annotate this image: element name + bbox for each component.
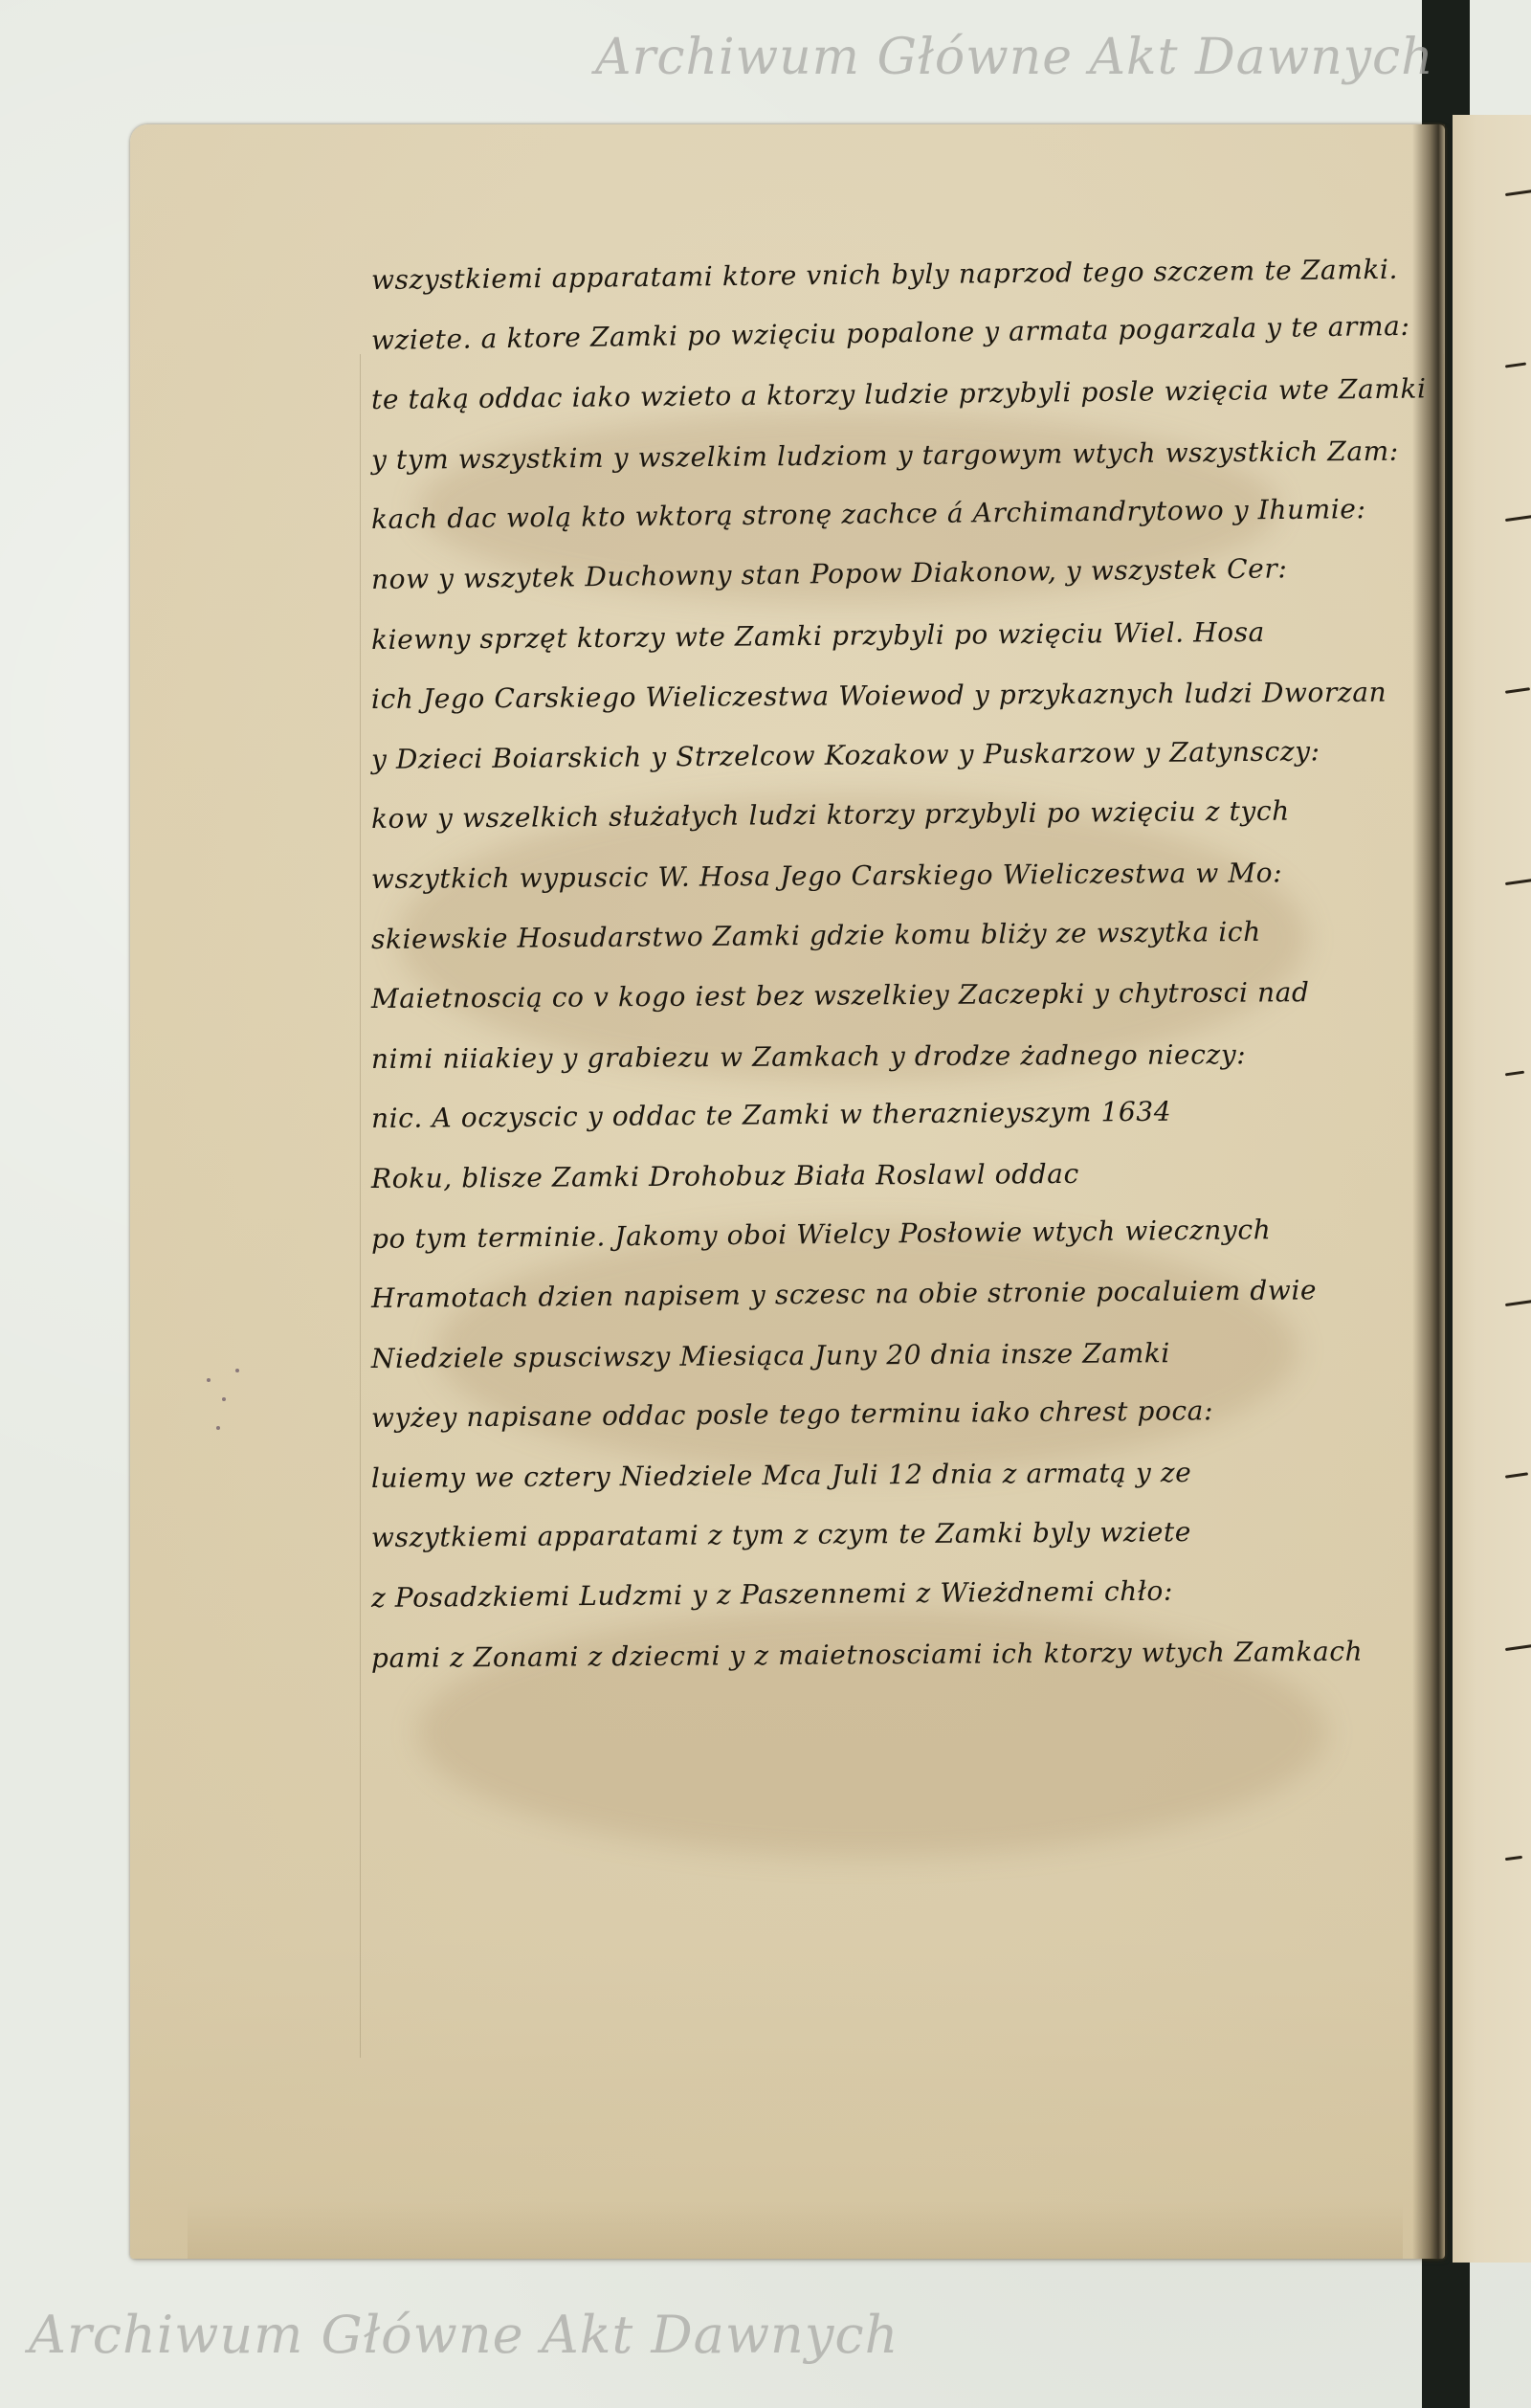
ink-stroke <box>1505 1300 1531 1306</box>
ink-stroke <box>1505 1071 1524 1077</box>
manuscript-line: wszytkiemi apparatami z tym z czym te Za… <box>371 1502 1433 1569</box>
ink-stroke <box>1505 1644 1531 1651</box>
facing-page-edge <box>1453 115 1531 2263</box>
ink-speck <box>235 1369 239 1372</box>
manuscript-line: Roku, blisze Zamki Drohobuz Biała Roslaw… <box>371 1142 1433 1209</box>
manuscript-text: wszystkiemi apparatami ktore vnich byly … <box>371 251 1433 1688</box>
manuscript-line: Hramotach dzien napisem y sczesc na obie… <box>371 1260 1434 1328</box>
ink-speck <box>222 1397 226 1401</box>
ink-stroke <box>1505 190 1531 196</box>
ink-stroke <box>1505 879 1531 885</box>
manuscript-line: po tym terminie. Jakomy oboi Wielcy Posł… <box>371 1198 1434 1269</box>
archive-watermark-bottom: Archiwum Główne Akt Dawnych <box>29 2305 899 2365</box>
manuscript-line: y Dzieci Boiarskich y Strzelcow Kozakow … <box>371 721 1434 790</box>
manuscript-line: nic. A oczyscic y oddac te Zamki w thera… <box>371 1081 1434 1149</box>
manuscript-line: wyżey napisane oddac posle tego terminu … <box>371 1380 1434 1449</box>
ink-stroke <box>1505 687 1530 694</box>
ink-speck <box>216 1426 220 1430</box>
manuscript-line: skiewskie Hosudarstwo Zamki gdzie komu b… <box>371 901 1434 970</box>
manuscript-line: z Posadzkiemi Ludzmi y z Paszennemi z Wi… <box>371 1559 1434 1628</box>
manuscript-line: pami z Zonami z dziecmi y z maietnosciam… <box>371 1621 1433 1688</box>
manuscript-line: now y wszytek Duchowny stan Popow Diakon… <box>371 537 1434 610</box>
manuscript-line: te taką oddac iako wzieto a ktorzy ludzi… <box>371 360 1434 431</box>
left-margin-rule <box>360 354 361 2058</box>
manuscript-line: kiewny sprzęt ktorzy wte Zamki przybyli … <box>371 601 1434 670</box>
ink-stroke <box>1505 362 1526 368</box>
manuscript-line: Maietnoscią co v kogo iest bez wszelkiey… <box>371 962 1433 1029</box>
manuscript-line: luiemy we cztery Niedziele Mca Juli 12 d… <box>371 1441 1433 1508</box>
ink-stroke <box>1505 1856 1522 1861</box>
ink-speck <box>207 1378 211 1382</box>
manuscript-line: ich Jego Carskiego Wieliczestwa Woiewod … <box>371 662 1433 729</box>
manuscript-line: nimi niiakiey y grabiezu w Zamkach y dro… <box>371 1024 1433 1089</box>
manuscript-line: wszytkich wypuscic W. Hosa Jego Carskieg… <box>371 842 1433 909</box>
manuscript-line: Niedziele spusciwszy Miesiąca Juny 20 dn… <box>371 1322 1433 1389</box>
ink-stroke <box>1505 1472 1528 1478</box>
ink-stroke <box>1505 515 1531 522</box>
archive-watermark-top: Archiwum Główne Akt Dawnych <box>595 29 1434 86</box>
right-margin-rule <box>1443 354 1444 2058</box>
manuscript-line: kow y wszelkich służałych ludzi ktorzy p… <box>371 781 1434 850</box>
